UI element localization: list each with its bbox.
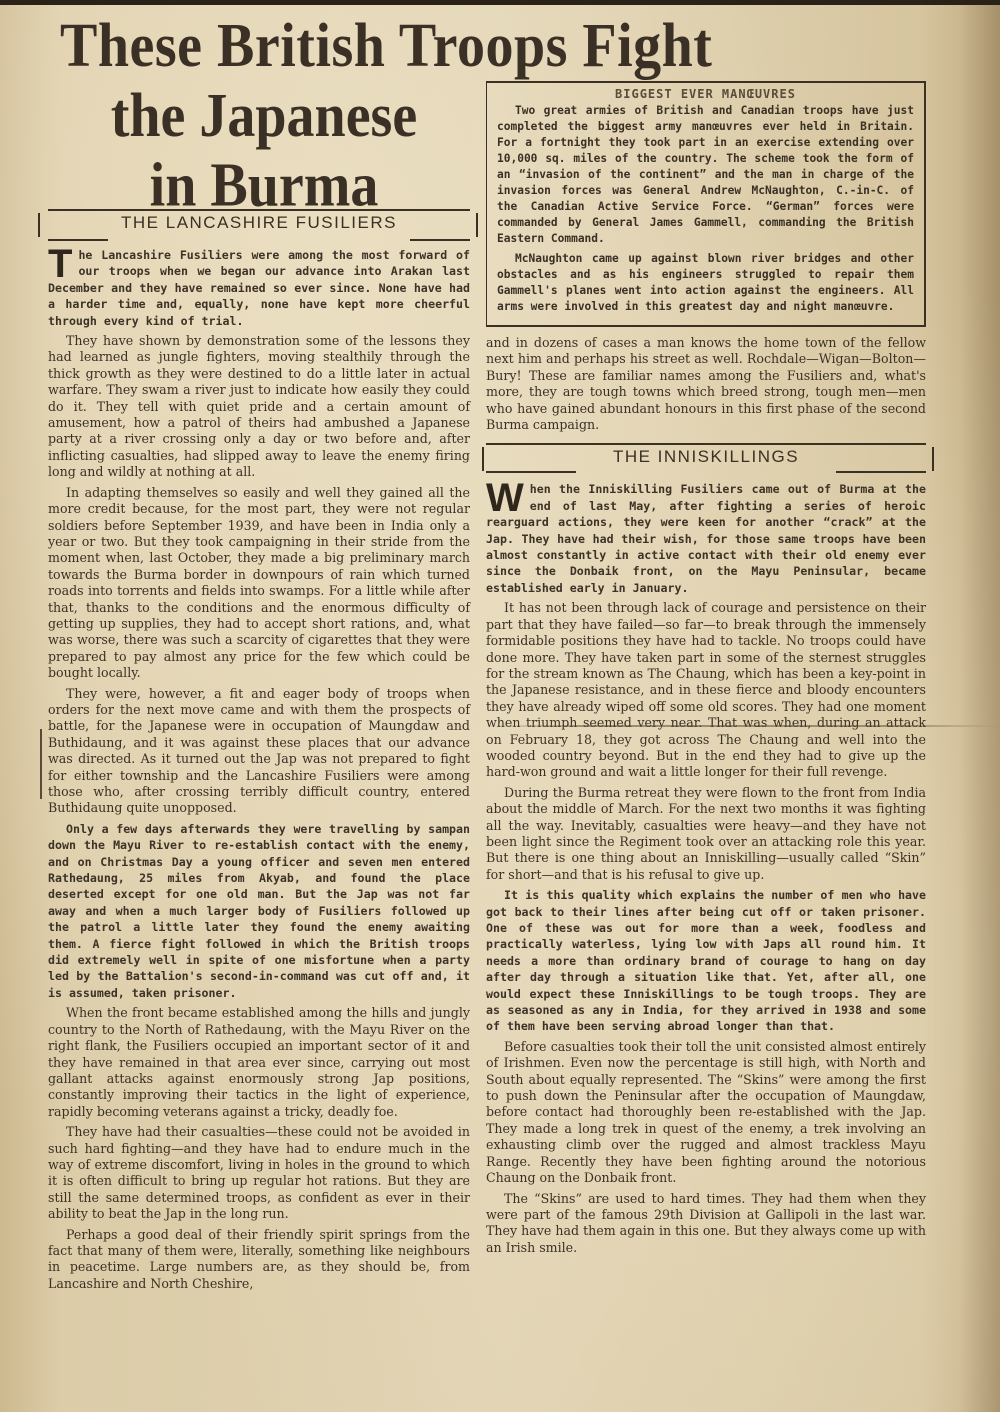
paragraph: It has not been through lack of courage …	[486, 600, 926, 780]
paragraph: During the Burma retreat they were flown…	[486, 785, 926, 883]
drop-cap: T	[48, 249, 72, 279]
sidebar-box-manoeuvres: BIGGEST EVER MANŒUVRES Two great armies …	[486, 81, 926, 327]
section-heading-inniskillings: THE INNISKILLINGS	[486, 443, 926, 475]
page-edge-shadow	[960, 5, 1000, 1412]
paragraph: Perhaps a good deal of their friendly sp…	[48, 1227, 470, 1293]
heading-underline-left	[48, 239, 108, 241]
headline-line-1: These British Troops Fight	[60, 11, 940, 80]
heading-underline-left	[486, 471, 576, 473]
continuation-paragraph: and in dozens of cases a man knows the h…	[486, 335, 926, 433]
heading-rule-right	[476, 213, 478, 237]
paragraph-intro: The Lancashire Fusiliers were among the …	[48, 247, 470, 329]
paper-fold-crease	[486, 725, 1000, 727]
heading-underline-right	[410, 239, 470, 241]
paragraph: They were, however, a fit and eager body…	[48, 686, 470, 817]
paragraph: Before casualties took their toll the un…	[486, 1039, 926, 1187]
heading-rule-left	[482, 447, 484, 471]
heading-rule-right	[932, 447, 934, 471]
paragraph: When the front became established among …	[48, 1005, 470, 1120]
drop-cap: W	[486, 483, 524, 513]
heading-underline-right	[836, 471, 926, 473]
paragraph: In adapting themselves so easily and wel…	[48, 485, 470, 682]
paragraph: Only a few days afterwards they were tra…	[48, 821, 470, 1001]
right-column: BIGGEST EVER MANŒUVRES Two great armies …	[486, 81, 926, 1260]
margin-pencil-mark	[40, 729, 42, 799]
paragraph: Two great armies of British and Canadian…	[497, 103, 914, 247]
paragraph-intro: When the Inniskilling Fusiliers came out…	[486, 481, 926, 596]
paragraph: McNaughton came up against blown river b…	[497, 251, 914, 315]
heading-rule-left	[38, 213, 40, 237]
sidebar-box-title: BIGGEST EVER MANŒUVRES	[497, 87, 914, 101]
headline-line-2: the Japanese	[64, 81, 464, 150]
article-lancashire-fusiliers: THE LANCASHIRE FUSILIERS The Lancashire …	[48, 209, 470, 1296]
newspaper-page: These British Troops Fight the Japanese …	[0, 0, 1000, 1412]
paragraph: It is this quality which explains the nu…	[486, 887, 926, 1035]
paragraph: The “Skins” are used to hard times. They…	[486, 1191, 926, 1257]
section-heading-lancashire: THE LANCASHIRE FUSILIERS	[48, 209, 470, 241]
paragraph: They have had their casualties—these cou…	[48, 1124, 470, 1222]
paragraph: They have shown by demonstration some of…	[48, 333, 470, 481]
section-title: THE INNISKILLINGS	[486, 447, 926, 467]
section-title: THE LANCASHIRE FUSILIERS	[48, 213, 470, 233]
headline-line-2-3: the Japanese in Burma	[64, 81, 464, 220]
